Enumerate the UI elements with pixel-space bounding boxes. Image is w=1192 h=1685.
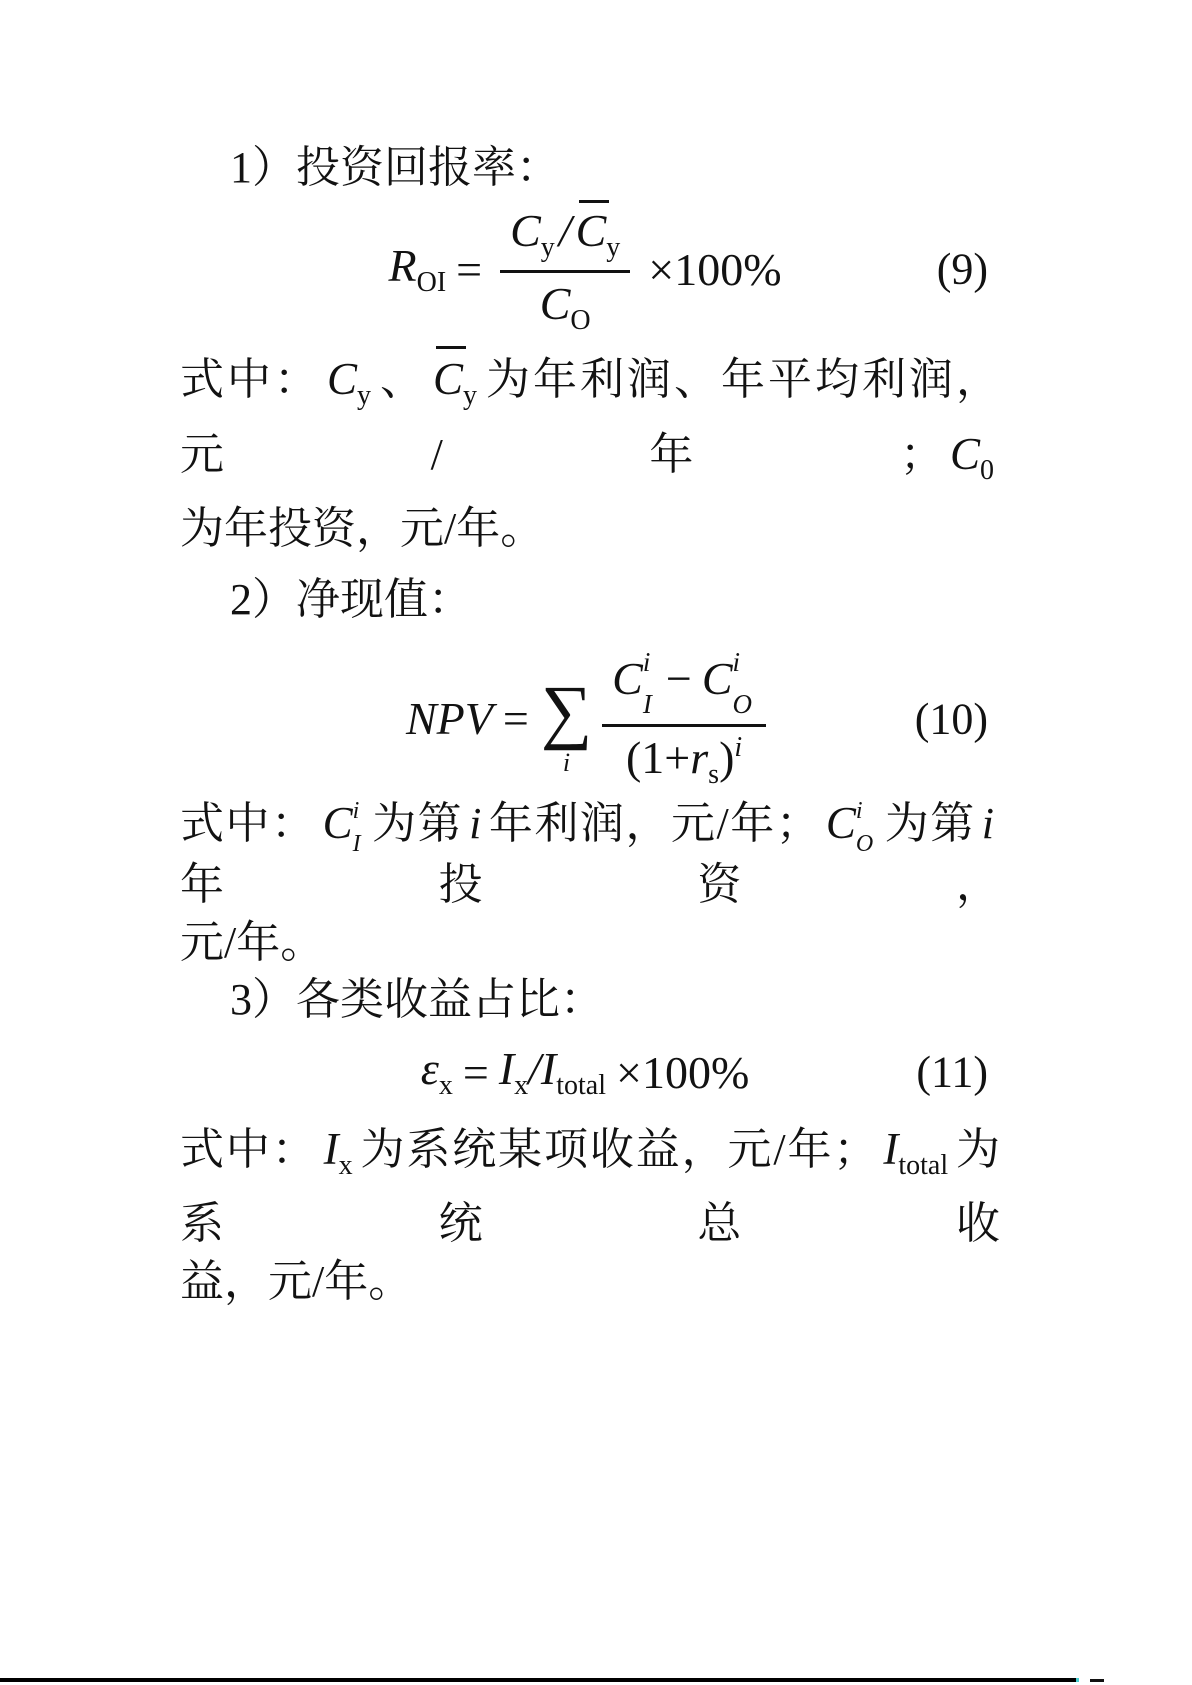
var-I: I [499,1043,514,1094]
description-line: 元/年。 [180,914,1000,972]
fraction-denominator: CO [540,273,591,337]
description-text: 为系统某项收益，元/年； [359,1125,878,1174]
var-epsilon: ε [421,1043,439,1094]
description-line: 益，元/年。 [180,1253,1000,1311]
times-100-percent: ×100% [616,1046,749,1099]
var-I-total: I [541,1043,556,1094]
description-text: 益，元/年。 [180,1257,412,1306]
times-100-percent: ×100% [648,243,781,296]
var-C-0: C0 [950,430,994,479]
var-C: C [510,205,541,256]
label-shizhong: 式中： [180,355,321,404]
var-R: R [388,240,416,291]
var-C-overbar-subscript: y [606,232,620,263]
description-text: 为第 [371,799,464,848]
equation-11-number: (11) [916,1047,988,1098]
exponent-i: i [734,732,742,763]
var-C-bar-y: Cy [433,355,477,404]
var-i: i [469,799,481,848]
label-shizhong: 式中： [180,1125,318,1174]
var-i: i [982,799,994,848]
section-1-description: 式中：Cy、Cy为年利润、年平均利润，元/年；C0 为年投资，元/年。 [180,350,1000,558]
equation-11: εx = Ix/Itotal ×100% (11) [180,1034,1000,1110]
enumeration-comma: 、 [377,355,427,404]
var-C-subscript: y [541,232,555,263]
sigma-symbol: ∑ [541,682,592,740]
description-text: 元/年。 [180,918,324,967]
var-C-i-I: CiI [323,799,365,848]
section-3-heading: 3）各类收益占比： [180,972,1000,1028]
equation-9-lhs: ROI [388,239,446,299]
fraction-numerator: CiI−CiO [602,647,766,727]
equation-9: ROI = Cy/Cy CO ×100% (9) [180,196,1000,342]
divide-slash: / [559,205,572,256]
equation-10-number: (10) [915,693,988,744]
var-R-subscript: OI [417,267,447,298]
var-C-supsub: iO [733,649,753,718]
var-C-i-O: CiO [826,799,877,848]
equals-sign: = [503,692,529,745]
var-C: C [702,653,733,704]
description-text: 为年投资，元/年。 [180,504,544,553]
var-I-total: Itotal [883,1125,948,1174]
var-C-supsub: iI [643,649,652,718]
minus-sign: − [666,653,692,704]
var-r-subscript: s [708,758,719,789]
var-C-overbar: C [576,204,607,257]
fraction-numerator: Cy/Cy [500,202,630,273]
var-C: C [612,653,643,704]
section-3-description: 式中：Ix为系统某项收益，元/年；Itotal为系统总收 益，元/年。 [180,1120,1000,1311]
summation: ∑i [541,682,592,776]
equals-sign: = [463,1046,489,1099]
ratio-expression: Ix/Itotal [499,1042,606,1102]
label-shizhong: 式中： [180,799,317,848]
var-r: r [690,732,708,783]
var-epsilon-subscript: x [439,1070,453,1101]
divide-slash: / [528,1043,541,1094]
equation-10: NPV = ∑i CiI−CiO (1+rs)i (10) [180,634,1000,804]
page-bottom-border-dash [1090,1679,1104,1682]
section-1-heading: 1）投资回报率： [180,140,1000,196]
page-bottom-border-tick [1076,1678,1079,1682]
equals-sign: = [456,243,482,296]
var-I-total-subscript: total [556,1070,606,1101]
var-NPV: NPV [406,692,493,745]
description-text: 年利润，元/年； [487,799,819,848]
description-text: 年投资， [180,860,1000,909]
fraction: CiI−CiO (1+rs)i [602,647,766,791]
description-text: 为第 [883,799,976,848]
section-2-heading: 2）净现值： [180,572,1000,628]
var-C-y: Cy [327,355,371,404]
var-C: C [540,278,571,329]
equation-11-lhs: εx [421,1042,453,1102]
section-2-description: 式中：CiI为第i年利润，元/年；CiO为第i年投资， 元/年。 [180,794,1000,972]
equation-9-number: (9) [937,244,988,295]
page-bottom-border [0,1678,1076,1682]
fraction-denominator: (1+rs)i [626,727,742,791]
open-paren-1-plus: (1+ [626,732,690,783]
description-line: 式中：Ix为系统某项收益，元/年；Itotal为系统总收 [180,1120,1000,1253]
description-line: 式中：CiI为第i年利润，元/年；CiO为第i年投资， [180,794,1000,914]
var-I-x: Ix [324,1125,353,1174]
description-line: 式中：Cy、Cy为年利润、年平均利润，元/年；C0 [180,350,1000,500]
summation-index: i [563,750,570,776]
fraction: Cy/Cy CO [500,202,630,337]
document-content: 1）投资回报率： ROI = Cy/Cy CO ×100% (9) 式中：Cy、… [180,140,1000,1311]
var-I-subscript: x [514,1070,528,1101]
description-line: 为年投资，元/年。 [180,500,1000,558]
var-C-subscript: O [570,304,590,335]
close-paren: ) [719,732,734,783]
